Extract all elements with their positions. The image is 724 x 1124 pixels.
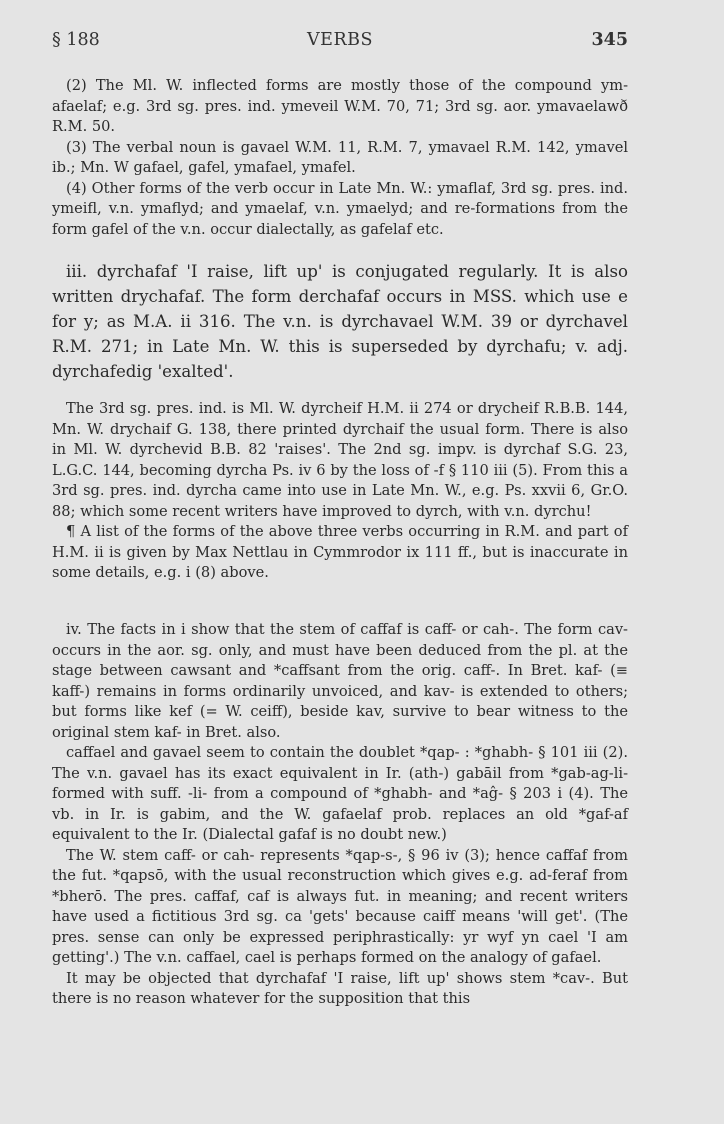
running-header: § 188 VERBS 345 [52, 30, 628, 56]
section-iii-notes: The 3rd sg. pres. ind. is Ml. W. dyrchei… [52, 399, 628, 584]
caffael-gavael-paragraph: caffael and gavael seem to contain the d… [52, 743, 628, 846]
stem-paragraph: The W. stem caff- or cah- represents *qa… [52, 846, 628, 969]
page-title: VERBS [52, 30, 628, 50]
section-iii-paragraph: iii. dyrchafaf 'I raise, lift up' is con… [52, 259, 628, 384]
section-iv: iv. The facts in i show that the stem of… [52, 620, 628, 1010]
note-3rd-sg: The 3rd sg. pres. ind. is Ml. W. dyrchei… [52, 399, 628, 522]
note-3: (3) The verbal noun is gavael W.M. 11, R… [52, 138, 628, 179]
section-iv-paragraph: iv. The facts in i show that the stem of… [52, 620, 628, 743]
page-number: 345 [591, 30, 628, 50]
section-iii: iii. dyrchafaf 'I raise, lift up' is con… [52, 259, 628, 384]
note-nettlau: ¶ A list of the forms of the above three… [52, 522, 628, 584]
note-2: (2) The Ml. W. inflected forms are mostl… [52, 76, 628, 138]
book-page: § 188 VERBS 345 (2) The Ml. W. inflected… [0, 0, 724, 1124]
section-ii-notes: (2) The Ml. W. inflected forms are mostl… [52, 76, 628, 240]
note-4: (4) Other forms of the verb occur in Lat… [52, 179, 628, 241]
objection-paragraph: It may be objected that dyrchafaf 'I rai… [52, 969, 628, 1010]
